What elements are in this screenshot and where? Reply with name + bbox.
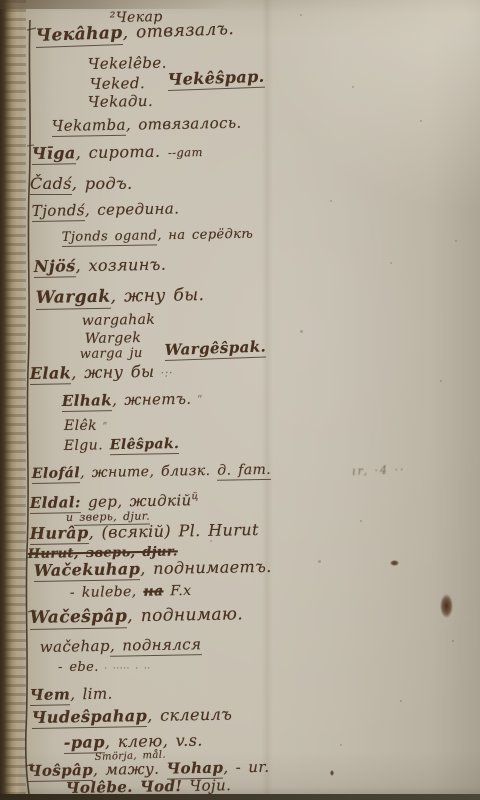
manuscript-line: warga ju <box>80 346 143 362</box>
manuscript-line: Eldal: gep, жидкійц̈ <box>30 491 199 512</box>
manuscript-line: Чem, lim. <box>30 685 113 704</box>
ink-blob <box>440 594 453 618</box>
manuscript-line: Elhak, жнетъ. ʺ <box>62 390 203 410</box>
manuscript-line: Чеked. <box>90 74 146 93</box>
manuscript-text-segment: , жну бы. <box>110 285 204 307</box>
manuscript-text-segment: Чem <box>30 685 71 706</box>
manuscript-line: Чекâhap, отвязалъ. <box>35 19 234 46</box>
manuscript-line: Elak, жну бы ·:· <box>30 362 173 383</box>
manuscript-line: Чеkади. <box>88 92 154 111</box>
manuscript-text-segment: Чīga <box>32 143 76 165</box>
paper-speck <box>352 86 354 88</box>
manuscript-text-segment: Чudeŝpahap <box>32 706 148 729</box>
manuscript-text-segment: · ····· · ·· <box>99 663 151 674</box>
manuscript-text-segment: , родъ. <box>72 174 133 193</box>
manuscript-text-segment: Чоju. <box>182 776 231 795</box>
manuscript-text-segment: Elhak <box>62 391 112 412</box>
manuscript-text-segment: , поднимаетъ. <box>140 557 272 578</box>
manuscript-text-segment: , склеилъ <box>147 705 232 725</box>
manuscript-text-segment: , середина. <box>85 199 180 219</box>
paper-speck <box>360 520 362 522</box>
manuscript-text-segment: Tjondś <box>32 201 85 222</box>
ink-blob <box>330 770 334 776</box>
manuscript-line: wačehap, поднялся <box>40 635 202 656</box>
manuscript-text-segment: Hurâp <box>30 523 89 545</box>
manuscript-line: Elêk ʺ <box>64 418 108 434</box>
manuscript-line: Чеkêŝpap. <box>167 67 265 89</box>
paper-speck <box>300 330 303 333</box>
manuscript-text-segment: , поднялся <box>110 635 202 657</box>
paper-speck <box>210 540 212 542</box>
manuscript-text-segment: , мажу. <box>93 760 167 779</box>
paper-speck <box>318 560 321 563</box>
manuscript-text-segment: - kulebe, <box>70 584 144 601</box>
manuscript-text-segment: F.x <box>163 583 191 599</box>
manuscript-text-segment: ʺ <box>191 394 202 407</box>
manuscript-text-segment: , на серёдкѣ <box>157 227 253 244</box>
manuscript-line: wargahak <box>82 312 156 329</box>
manuscript-text-segment: , (всякій) Pl. Hurut <box>88 520 259 542</box>
manuscript-line: Чеkelêbe. <box>88 54 167 73</box>
manuscript-text-segment: Tjonds ogand <box>62 228 158 247</box>
manuscript-text-segment: Чекâhap <box>35 23 123 48</box>
manuscript-text-segment: gep, жидкій <box>81 491 192 511</box>
manuscript-text-segment: wačehap <box>40 637 110 656</box>
manuscript-line: Wačeŝpâp, поднимаю. <box>30 604 244 628</box>
manuscript-text-layer: ²ЧекарЧекâhap, отвязалъ.Чеkelêbe.Чеked.Ч… <box>0 0 480 800</box>
manuscript-text-segment: д. fam. <box>217 462 271 481</box>
manuscript-line: Чīga, сирота. --gam <box>32 141 203 163</box>
manuscript-line: Čadś, родъ. <box>30 174 133 193</box>
page-bottom-edge <box>0 794 480 800</box>
ink-blob <box>390 560 399 566</box>
paper-speck <box>250 470 252 472</box>
manuscript-text-segment: Elak <box>30 363 72 385</box>
manuscript-text-segment: Wačekuhap <box>34 559 141 582</box>
manuscript-text-segment: , жните, близк. <box>80 463 218 481</box>
paper-speck <box>340 744 342 746</box>
manuscript-line: Njöś, хозяинъ. <box>34 255 167 276</box>
manuscript-text-segment: Wačeŝpâp <box>30 606 128 630</box>
manuscript-line: - kulebe, на F.x <box>70 583 192 601</box>
manuscript-text-segment: , сирота. <box>76 142 169 163</box>
manuscript-text-segment: и <box>66 511 74 524</box>
manuscript-text-segment: Чеkêŝpap. <box>167 67 265 91</box>
manuscript-text-segment: Чеkади. <box>88 92 154 111</box>
manuscript-line: Wačekuhap, поднимаетъ. <box>34 557 272 580</box>
ink-offset-smudge: ır, ·4 ·· <box>352 463 406 478</box>
manuscript-line: Hurâp, (всякій) Pl. Hurut <box>30 520 259 543</box>
paper-speck <box>300 14 302 16</box>
manuscript-text-segment: на <box>143 583 163 599</box>
manuscript-text-segment: Чеkamba <box>52 116 126 137</box>
manuscript-text-segment: Elêk <box>64 418 97 434</box>
manuscript-line: - ebe. · ····· · ·· <box>58 660 151 675</box>
manuscript-text-segment: , lim. <box>70 685 113 704</box>
manuscript-text-segment: ц̈ <box>191 491 198 502</box>
manuscript-text-segment: , жнетъ. <box>112 390 192 409</box>
manuscript-text-segment: Elgu. <box>64 437 110 454</box>
manuscript-text-segment: , отвязалось. <box>126 114 242 134</box>
manuscript-photo: ²ЧекарЧекâhap, отвязалъ.Чеkelêbe.Чеked.Ч… <box>0 0 480 800</box>
manuscript-text-segment: ·:· <box>154 366 173 380</box>
manuscript-text-segment: Wargak <box>36 287 111 310</box>
manuscript-text-segment: -pap <box>64 732 105 754</box>
manuscript-text-segment: Wargek <box>85 330 142 347</box>
manuscript-line: -pap, клею, v.s. <box>64 731 203 752</box>
manuscript-line: Tjonds ogand, на серёдкѣ <box>62 227 254 245</box>
manuscript-text-segment: Elêŝpak. <box>110 436 180 455</box>
paper-speck <box>440 380 442 382</box>
manuscript-text-segment: ʺ <box>97 422 108 433</box>
manuscript-line: Чudeŝpahap, склеилъ <box>32 705 233 727</box>
manuscript-line: Elgu. Elêŝpak. <box>64 436 180 454</box>
manuscript-text-segment: Elofál <box>32 465 80 484</box>
paper-speck <box>452 640 454 642</box>
paper-speck <box>330 200 332 202</box>
manuscript-line: Чеkamba, отвязалось. <box>52 114 242 135</box>
manuscript-text-segment: , жну бы <box>71 362 155 382</box>
manuscript-text-segment: - ebe. <box>58 660 99 675</box>
manuscript-text-segment: warga ju <box>80 346 143 362</box>
manuscript-text-segment: wargahak <box>82 312 156 329</box>
manuscript-text-segment: , хозяинъ. <box>75 255 166 276</box>
manuscript-text-segment: Njöś <box>34 256 76 278</box>
manuscript-text-segment: Чеkelêbe. <box>88 54 167 73</box>
manuscript-line: Elofál, жните, близк. д. fam. <box>32 462 272 482</box>
paper-speck <box>455 240 457 242</box>
manuscript-text-segment: Čadś <box>30 174 72 195</box>
manuscript-text-segment: , клею, v.s. <box>105 731 203 752</box>
paper-speck <box>400 700 402 702</box>
paper-speck <box>420 120 422 122</box>
manuscript-line: Wargak, жну бы. <box>36 285 205 308</box>
manuscript-line: Wargek <box>85 330 142 347</box>
manuscript-line: Tjondś, середина. <box>32 199 180 220</box>
manuscript-text-segment: --gam <box>168 145 203 160</box>
manuscript-text-segment: , поднимаю. <box>127 604 243 626</box>
manuscript-text-segment: Чеked. <box>90 74 146 93</box>
paper-speck <box>390 262 392 264</box>
manuscript-text-segment: , отвязалъ. <box>122 19 234 43</box>
manuscript-text-segment: , - ur. <box>223 758 269 777</box>
manuscript-text-segment: Wargêŝpak. <box>164 337 266 361</box>
manuscript-line: Wargêŝpak. <box>164 337 266 359</box>
